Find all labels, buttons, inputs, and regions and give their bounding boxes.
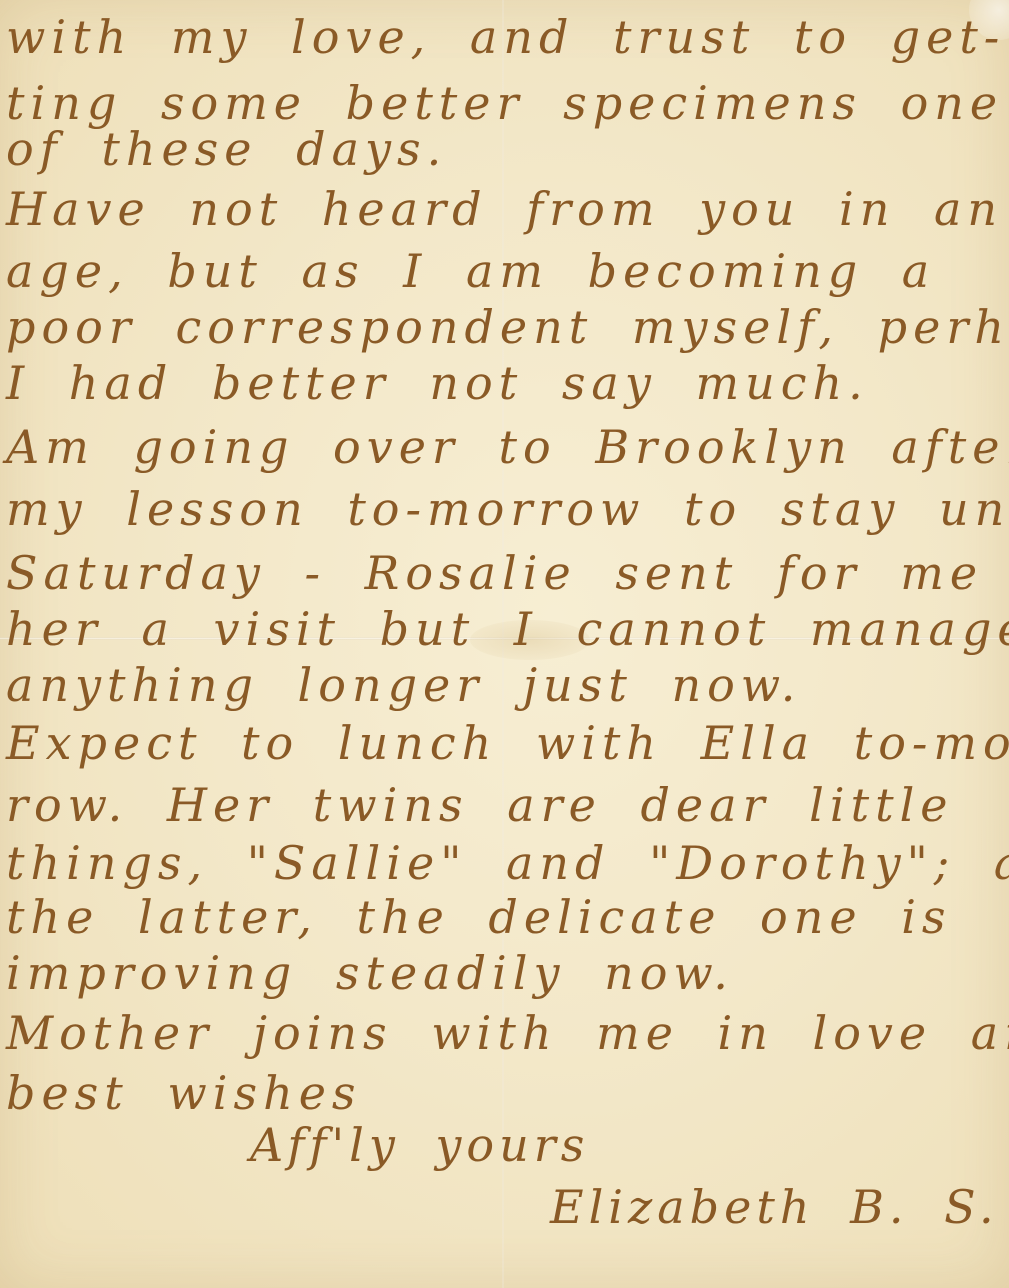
letter-line: poor correspondent myself, perhaps — [6, 304, 1009, 350]
letter-line: anything longer just now. — [6, 662, 801, 708]
letter-closing: Aff'ly yours — [250, 1118, 589, 1172]
letter-line: Saturday - Rosalie sent for me to make — [6, 550, 1009, 596]
letter-line: my lesson to-morrow to stay until — [6, 486, 1009, 532]
letter-line: the latter, the delicate one is — [6, 894, 952, 940]
letter-line: Expect to lunch with Ella to-mor- — [6, 720, 1009, 766]
letter-line: ting some better specimens one — [6, 80, 1003, 126]
letter-line: of these days. — [6, 126, 447, 172]
letter-line: improving steadily now. — [6, 950, 734, 996]
letter-line: her a visit but I cannot manage — [6, 606, 1009, 652]
letter-line: things, "Sallie" and "Dorothy"; and — [6, 840, 1009, 886]
letter-line: I had better not say much. — [6, 360, 869, 406]
letter-line: age, but as I am becoming a — [6, 248, 935, 294]
letter-line: Have not heard from you in an — [6, 186, 1003, 232]
letter-signature: Elizabeth B. S. — [550, 1180, 999, 1234]
letter-line: best wishes — [6, 1070, 362, 1116]
letter-line: with my love, and trust to get- — [6, 14, 1005, 60]
letter-line: Am going over to Brooklyn after — [6, 424, 1009, 470]
letter-line: Mother joins with me in love and — [6, 1010, 1009, 1056]
letter-line: row. Her twins are dear little — [6, 782, 954, 828]
letter-page: with my love, and trust to get- ting som… — [0, 0, 1009, 1288]
